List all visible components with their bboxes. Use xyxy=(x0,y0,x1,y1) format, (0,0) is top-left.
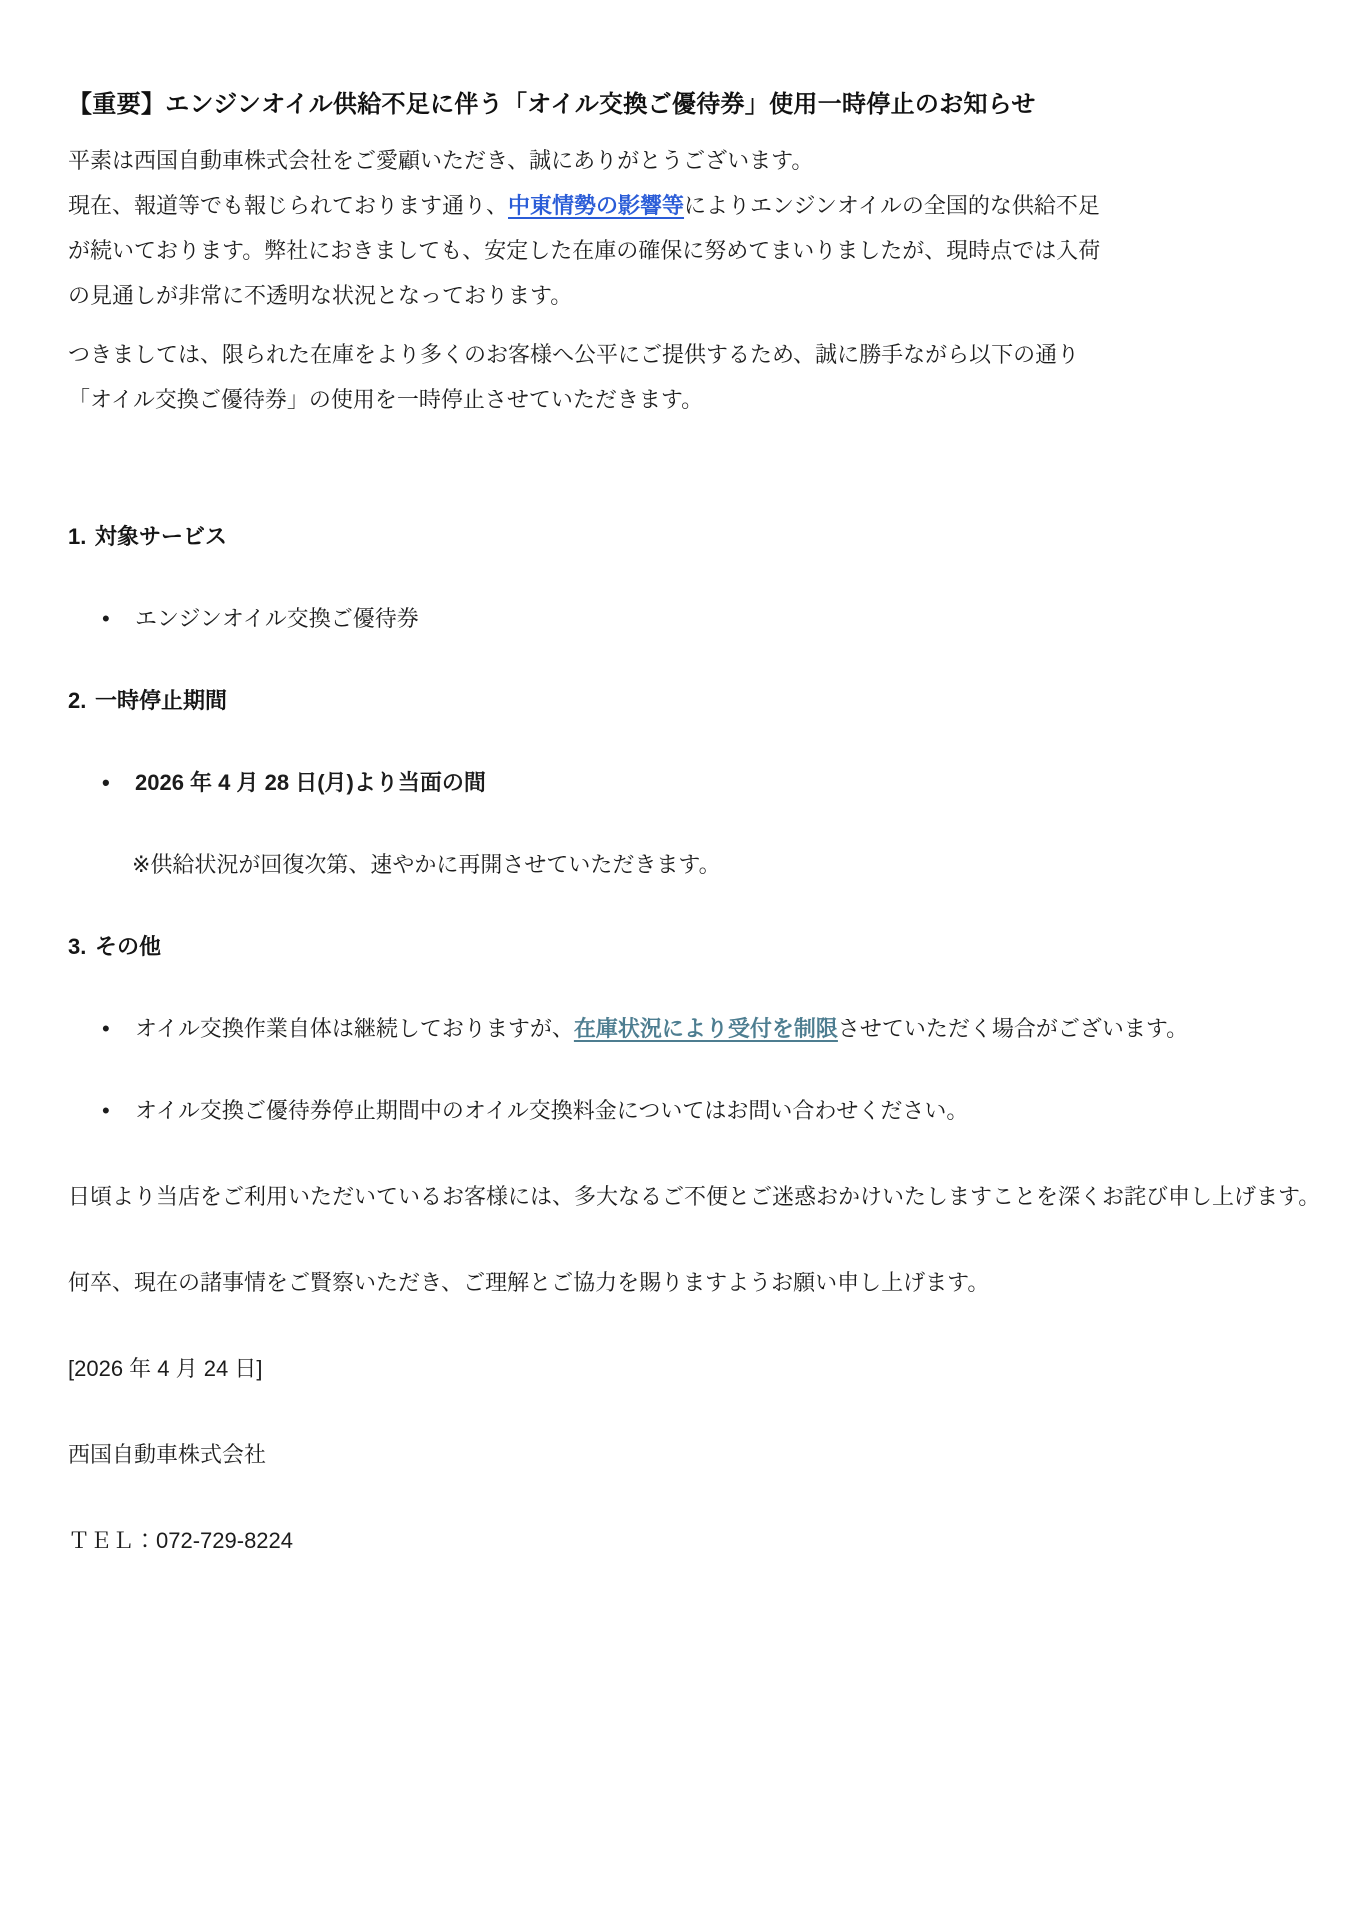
section-3-bullet-item-1: • オイル交換作業自体は継続しておりますが、在庫状況により受付を制限させていただ… xyxy=(68,1014,1295,1044)
suspension-period-text: 2026 年 4 月 28 日(月)より当面の間 xyxy=(135,768,486,798)
section-2-bullet-item: • 2026 年 4 月 28 日(月)より当面の間 xyxy=(68,768,1295,798)
target-service-text: エンジンオイル交換ご優待券 xyxy=(135,604,419,634)
section-1-number: 1. xyxy=(68,522,95,552)
section-3-heading-label: その他 xyxy=(95,932,161,962)
company-tel: ＴＥＬ：072-729-8224 xyxy=(68,1526,1295,1556)
middle-east-situation-link[interactable]: 中東情勢の影響等 xyxy=(508,193,684,218)
company-name: 西国自動車株式会社 xyxy=(68,1440,1295,1470)
bullet-icon: • xyxy=(102,604,135,634)
section-3-heading: 3. その他 xyxy=(68,932,1295,962)
bullet1-text-before: オイル交換作業自体は継続しておりますが、 xyxy=(135,1016,574,1041)
closing-apology: 日頃より当店をご利用いただいているお客様には、多大なるご不便とご迷惑おかけいたし… xyxy=(68,1182,1295,1212)
page-title: 【重要】エンジンオイル供給不足に伴う「オイル交換ご優待券」使用一時停止のお知らせ xyxy=(68,88,1295,122)
document-page: 【重要】エンジンオイル供給不足に伴う「オイル交換ご優待券」使用一時停止のお知らせ… xyxy=(0,0,1357,1920)
intro-block: 平素は西国自動車株式会社をご愛顧いただき、誠にありがとうございます。 現在、報道… xyxy=(68,138,1295,422)
section-1-heading-label: 対象サービス xyxy=(95,522,227,552)
intro-situation-text-after: によりエンジンオイルの全国的な供給不足 xyxy=(684,193,1100,218)
section-3-bullet-item-2: • オイル交換ご優待券停止期間中のオイル交換料金についてはお問い合わせください。 xyxy=(68,1096,1295,1126)
section-3-number: 3. xyxy=(68,932,95,962)
section-2-heading-label: 一時停止期間 xyxy=(95,686,227,716)
section-2-heading: 2. 一時停止期間 xyxy=(68,686,1295,716)
intro-situation-line-3: の見通しが非常に不透明な状況となっております。 xyxy=(68,273,1295,318)
intro-situation-line-2: が続いております。弊社におきましても、安定した在庫の確保に努めてまいりましたが、… xyxy=(68,228,1295,273)
intro-situation-line-1: 現在、報道等でも報じられております通り、中東情勢の影響等によりエンジンオイルの全… xyxy=(68,183,1295,228)
intro-announcement: つきましては、限られた在庫をより多くのお客様へ公平にご提供するため、誠に勝手なが… xyxy=(68,332,1295,422)
bullet-icon: • xyxy=(102,768,135,798)
section-2-number: 2. xyxy=(68,686,95,716)
notice-date: [2026 年 4 月 24 日] xyxy=(68,1354,1295,1384)
bullet-icon: • xyxy=(102,1096,135,1126)
service-continuation-text: オイル交換作業自体は継続しておりますが、在庫状況により受付を制限させていただく場… xyxy=(135,1014,1188,1044)
reception-limit-link[interactable]: 在庫状況により受付を制限 xyxy=(574,1016,838,1041)
section-1-bullet-item: • エンジンオイル交換ご優待券 xyxy=(68,604,1295,634)
section-1-heading: 1. 対象サービス xyxy=(68,522,1295,552)
intro-greeting: 平素は西国自動車株式会社をご愛顧いただき、誠にありがとうございます。 xyxy=(68,138,1295,183)
oil-change-fee-text: オイル交換ご優待券停止期間中のオイル交換料金についてはお問い合わせください。 xyxy=(135,1096,968,1126)
bullet1-text-after: させていただく場合がございます。 xyxy=(838,1016,1188,1041)
bullet-icon: • xyxy=(102,1014,135,1044)
intro-situation-text-before: 現在、報道等でも報じられております通り、 xyxy=(68,193,508,218)
intro-announcement-line-1: つきましては、限られた在庫をより多くのお客様へ公平にご提供するため、誠に勝手なが… xyxy=(68,332,1295,377)
section-2-note: ※供給状況が回復次第、速やかに再開させていただきます。 xyxy=(132,850,1295,880)
closing-request: 何卒、現在の諸事情をご賢察いただき、ご理解とご協力を賜りますようお願い申し上げま… xyxy=(68,1268,1295,1298)
intro-announcement-line-2: 「オイル交換ご優待券」の使用を一時停止させていただきます。 xyxy=(68,377,1295,422)
